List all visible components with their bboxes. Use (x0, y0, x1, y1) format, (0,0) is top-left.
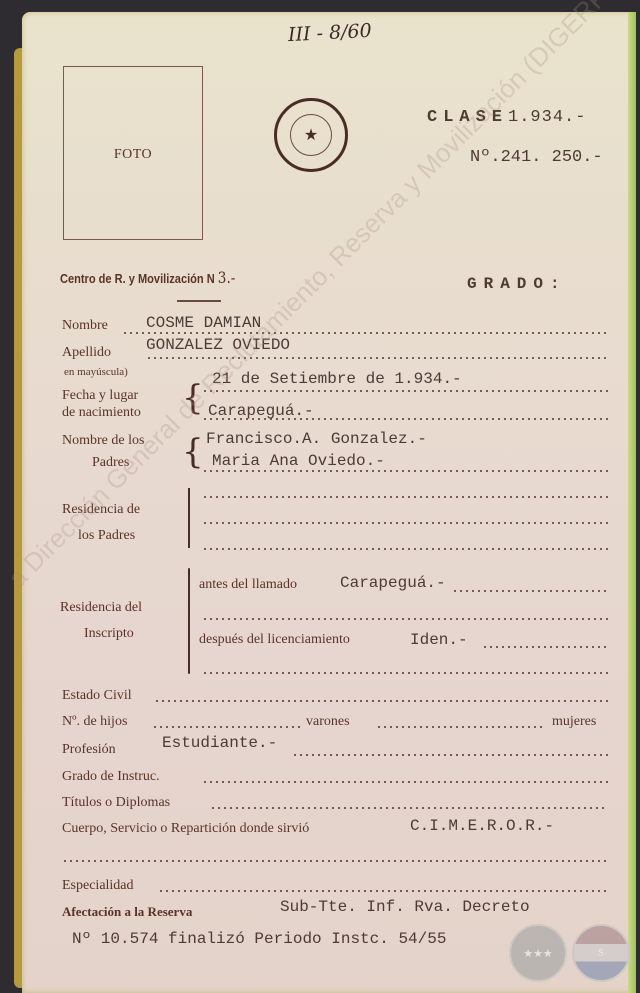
residencia-padres-line (202, 522, 608, 524)
padres-label-1: Nombre de los (62, 433, 144, 449)
padre-value: Francisco.A. Gonzalez.- (206, 430, 427, 448)
residencia-inscripto-label-1: Residencia del (60, 600, 142, 616)
brace: { (182, 378, 204, 418)
estado-civil-line (154, 700, 608, 702)
brace: { (182, 432, 204, 472)
titulos-label: Títulos o Diplomas (62, 795, 170, 811)
star-icon: ★ (290, 114, 332, 156)
registration-card: III - 8/60 FOTO ★ CLASE1.934.- Nº.241. 2… (22, 12, 636, 993)
registration-number: Nº.241. 250.- (470, 148, 603, 167)
residencia-padres-line (202, 496, 608, 498)
afectacion-label: Afectación a la Reserva (62, 904, 192, 920)
residencia-padres-line (202, 548, 608, 550)
nombre-value: COSME DAMIAN (146, 314, 261, 332)
antes-label: antes del llamado (199, 577, 297, 593)
residencia-inscripto-label-2: Inscripto (84, 626, 134, 642)
afectacion-value-2: Nº 10.574 finalizó Periodo Instc. 54/55 (72, 930, 446, 948)
hijos-field-line (152, 726, 302, 728)
grado-instruc-line (202, 781, 608, 783)
residencia-padres-label-1: Residencia de (62, 502, 140, 518)
apellido-label: Apellido (62, 345, 111, 361)
cuerpo-line (62, 860, 608, 862)
republic-seal: ★ (274, 98, 348, 172)
profesion-field-line (292, 754, 608, 756)
clase-label: CLASE (427, 108, 508, 127)
despues-label: después del licenciamiento (199, 632, 350, 648)
antes-value: Carapeguá.- (340, 574, 446, 592)
afectacion-value-1: Sub-Tte. Inf. Rva. Decreto (280, 898, 530, 916)
antes-field-line (452, 590, 608, 592)
lugar-field-line (202, 418, 608, 420)
brace (188, 568, 190, 674)
despues-field-line (482, 646, 608, 648)
hijos-label: Nº. de hijos (62, 714, 127, 730)
foto-label: FOTO (64, 147, 202, 163)
especialidad-line (158, 890, 608, 892)
padres-label-2: Padres (92, 455, 129, 471)
madre-field-line (202, 470, 608, 472)
residencia-inscripto-line (202, 672, 608, 674)
nacimiento-label-1: Fecha y lugar (62, 388, 138, 404)
titulos-line (210, 807, 608, 809)
photo-box: FOTO (63, 66, 203, 240)
grado-label: GRADO: (467, 275, 567, 293)
nombre-label: Nombre (62, 318, 108, 334)
apellido-sublabel: en mayúscula) (64, 366, 128, 378)
especialidad-label: Especialidad (62, 878, 134, 894)
grado-instruc-label: Grado de Instruc. (62, 769, 160, 785)
brace (188, 488, 190, 548)
institution-logo: ★★★ (509, 924, 567, 982)
estado-civil-label: Estado Civil (62, 688, 132, 704)
madre-value: Maria Ana Oviedo.- (212, 452, 385, 470)
divider (177, 300, 221, 302)
fecha-field-line (202, 390, 608, 392)
profesion-value: Estudiante.- (162, 734, 277, 752)
handwritten-reference: III - 8/60 (287, 20, 372, 46)
centro-label: Centro de R. y Movilización N (60, 271, 215, 286)
centro-line: Centro de R. y Movilización N 3.- (60, 268, 235, 287)
nacimiento-label-2: de nacimiento (62, 405, 141, 421)
residencia-padres-label-2: los Padres (78, 528, 135, 544)
clase-value: 1.934.- (508, 108, 586, 127)
residencia-inscripto-line (202, 618, 608, 620)
clase-line: CLASE1.934.- (427, 108, 586, 127)
card-edge (628, 12, 636, 993)
centro-value: 3.- (218, 268, 236, 287)
profesion-label: Profesión (62, 742, 116, 758)
nombre-field-line (122, 332, 608, 334)
apellido-field-line (146, 357, 608, 359)
mujeres-label: mujeres (552, 714, 596, 730)
apellido-value: GONZALEZ OVIEDO (146, 336, 290, 354)
despues-value: Iden.- (410, 631, 468, 649)
fecha-nacimiento-value: 21 de Setiembre de 1.934.- (212, 370, 462, 388)
varones-field-line (376, 726, 546, 728)
paraguay-flag-logo: S (572, 924, 630, 982)
cuerpo-label: Cuerpo, Servicio o Repartición donde sir… (62, 821, 309, 837)
varones-label: varones (306, 714, 350, 730)
cuerpo-value: C.I.M.E.R.O.R.- (410, 817, 554, 835)
